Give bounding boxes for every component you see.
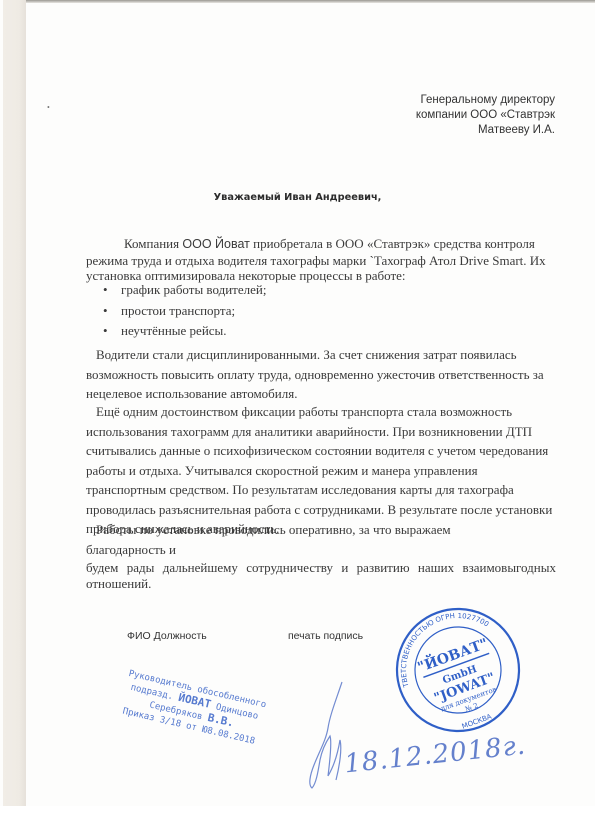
- company-name: ООО Йоват: [182, 237, 249, 251]
- round-company-seal: ОБЩЕСТВО С ОГРАНИЧЕННОЙ ОТВЕТСТВЕННОСТЬЮ…: [393, 605, 523, 735]
- paragraph-discipline-text: Водители стали дисциплинированными. За с…: [86, 347, 544, 401]
- gratitude-line-1: Работы по установке проводились оператив…: [86, 520, 556, 540]
- benefits-list: график работы водителей; простои транспо…: [103, 280, 266, 342]
- list-item: график работы водителей;: [103, 280, 266, 301]
- fio-position-label: ФИО Должность: [127, 630, 207, 642]
- list-item: неучтённые рейсы.: [103, 321, 266, 342]
- gratitude-line-2: благодарность и: [86, 540, 556, 560]
- intro-part-1: Компания: [124, 236, 182, 251]
- document-page: • Генеральному директору компании ООО «С…: [0, 0, 595, 806]
- salutation: Уважаемый Иван Андреевич,: [0, 192, 595, 203]
- gratitude-line-3: будем рады дальнейшему сотрудничеству и …: [86, 559, 556, 576]
- seal-signature-label: печать подпись: [288, 630, 363, 642]
- addressee-line-3: Матвееву И.А.: [416, 123, 555, 138]
- rectangular-stamp: Руководитель обособленного подразд. ЙОВА…: [119, 668, 268, 748]
- seal-center-top: "ЙОВАТ": [414, 633, 490, 676]
- scan-top-edge: [26, 0, 595, 3]
- paragraph-gratitude: Работы по установке проводились оператив…: [86, 520, 556, 591]
- paragraph-accident-analytics: Ещё одним достоинством фиксации работы т…: [86, 402, 556, 539]
- scan-left-edge: [3, 0, 26, 806]
- gratitude-line-4: отношений.: [86, 576, 556, 591]
- list-item: простои транспорта;: [103, 301, 266, 322]
- addressee-line-2: компании ООО «Ставтрэк: [416, 108, 555, 123]
- paragraph-accident-text: Ещё одним достоинством фиксации работы т…: [86, 404, 552, 536]
- paragraph-intro: Компания ООО Йоват приобретала в ООО «Ст…: [86, 236, 556, 284]
- paragraph-discipline: Водители стали дисциплинированными. За с…: [86, 345, 556, 404]
- addressee-block: Генеральному директору компании ООО «Ста…: [416, 93, 555, 138]
- handwritten-date: 18.12.2018г.: [343, 731, 527, 780]
- addressee-line-1: Генеральному директору: [416, 93, 555, 108]
- scan-speck: •: [47, 103, 50, 112]
